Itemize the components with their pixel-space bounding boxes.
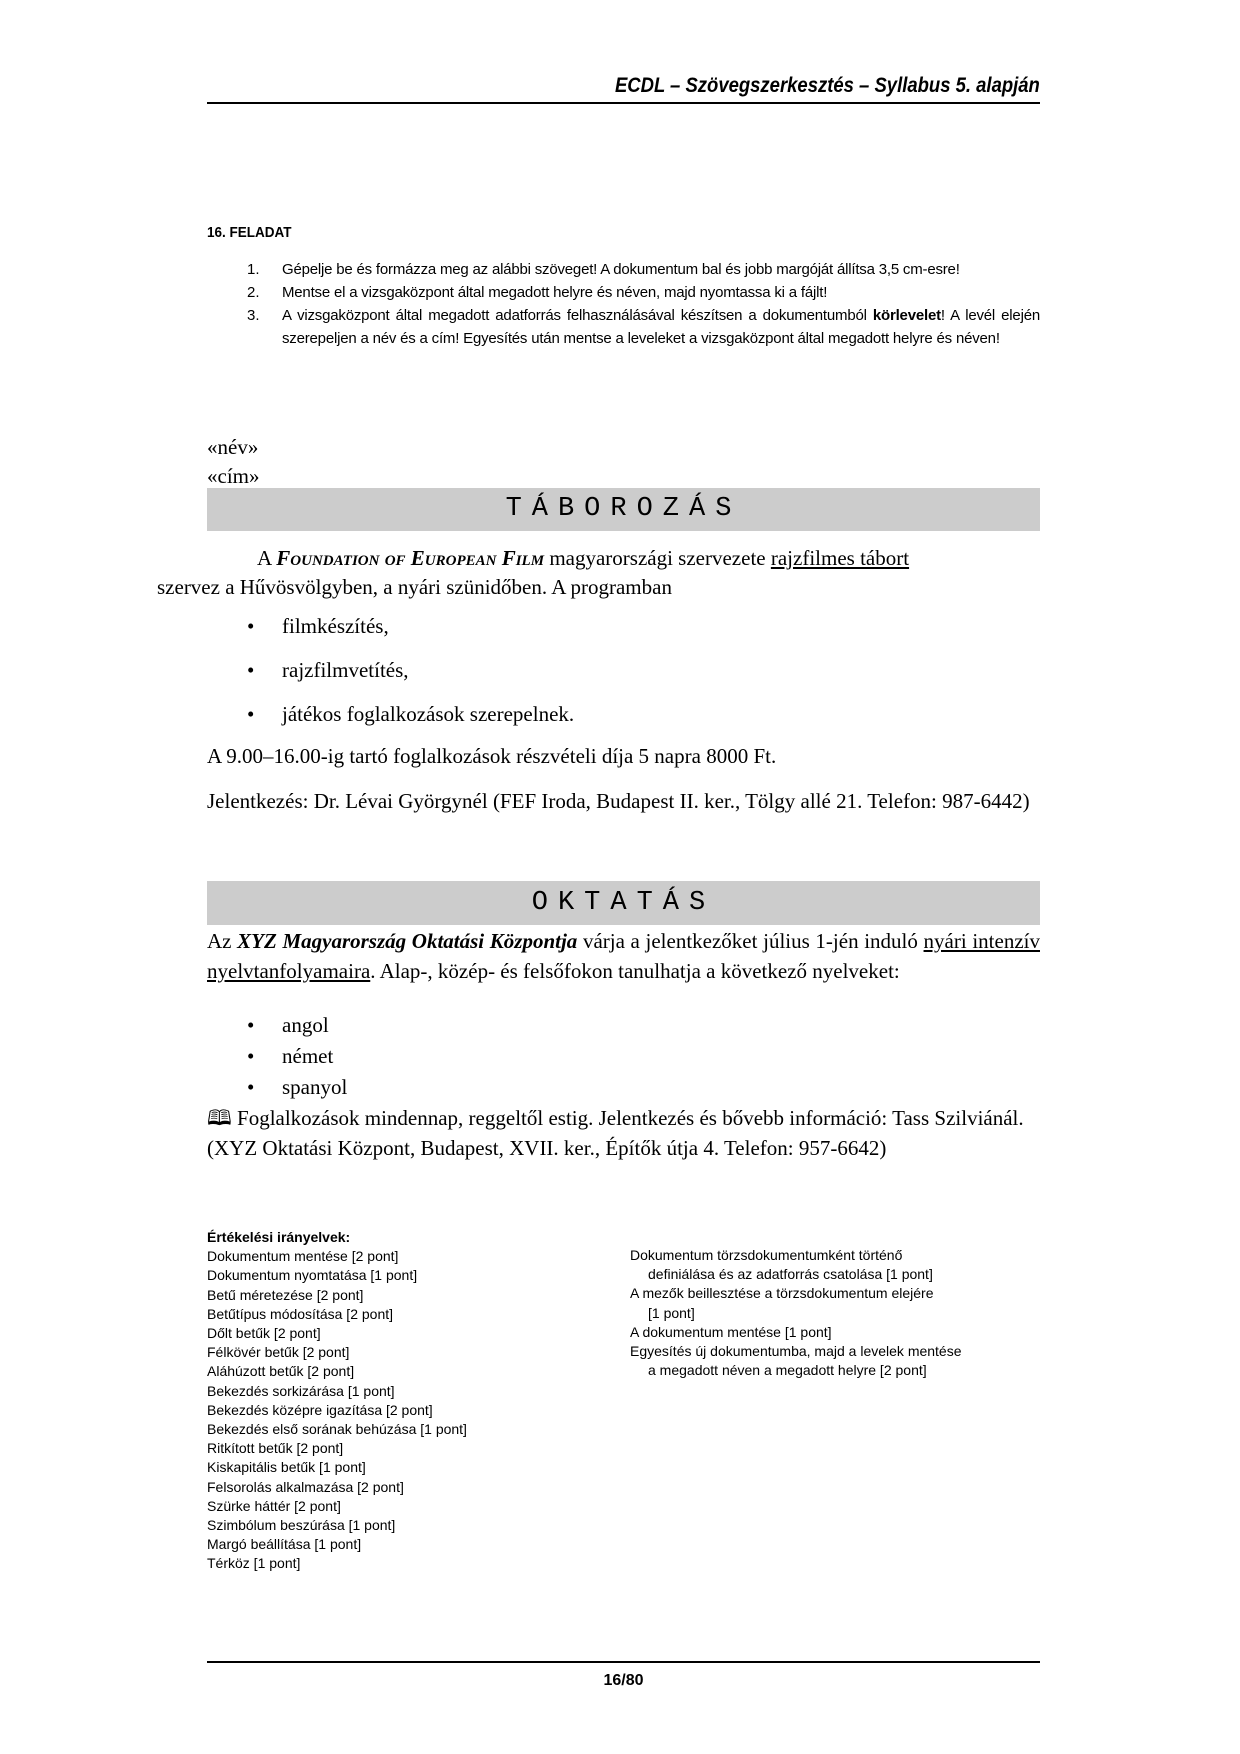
text: . Alap-, közép- és felsőfokon tanulhatja… [370,959,899,983]
step-number: 1. [247,258,282,281]
running-header: ECDL – Szövegszerkesztés – Syllabus 5. a… [615,74,1040,98]
task-step: 2. Mentse el a vizsgaközpont által megad… [247,281,1040,304]
evaluation-item: Dokumentum nyomtatása [1 pont] [207,1266,467,1285]
bullet-icon: • [247,702,282,746]
evaluation-item: Bekezdés sorkizárása [1 pont] [207,1382,467,1401]
task-step: 3. A vizsgaközpont által megadott adatfo… [247,304,1040,350]
footer-rule [207,1661,1040,1663]
task-step: 1. Gépelje be és formázza meg az alábbi … [247,258,1040,281]
text: magyarországi szervezete [544,546,771,570]
evaluation-item: Margó beállítása [1 pont] [207,1535,467,1554]
text: várja a jelentkezőket július 1-jén indul… [577,929,923,953]
bullet-icon: • [247,614,282,658]
bullet-icon: • [247,1013,282,1044]
org-name: XYZ Magyarország Oktatási Központja [237,929,577,953]
book-icon: 🕮 [207,1106,232,1130]
evaluation-item: Bekezdés első sorának behúzása [1 pont] [207,1420,467,1439]
section-heading-taborozas: TÁBOROZÁS [207,488,1040,531]
step-bold-word: körlevelet [873,307,941,324]
info-paragraph: 🕮 Foglalkozások mindennap, reggeltől est… [207,1103,1040,1163]
evaluation-item: Félkövér betűk [2 pont] [207,1343,467,1362]
section-heading-oktatas: OKTATÁS [207,881,1040,925]
list-item: •spanyol [247,1075,347,1106]
task-steps: 1. Gépelje be és formázza meg az alábbi … [247,258,1040,350]
text: A [257,546,276,570]
evaluation-right-column: Dokumentum törzsdokumentumként történőde… [630,1246,962,1380]
evaluation-item: Betűtípus módosítása [2 pont] [207,1305,467,1324]
evaluation-item: Bekezdés középre igazítása [2 pont] [207,1401,467,1420]
evaluation-item: Térköz [1 pont] [207,1554,467,1573]
evaluation-item: Dokumentum mentése [2 pont] [207,1247,467,1266]
step-number: 3. [247,304,282,350]
fee-paragraph: A 9.00–16.00-ig tartó foglalkozások rész… [207,744,776,769]
list-item-text: rajzfilmvetítés, [282,658,409,702]
text: Foglalkozások mindennap, reggeltől estig… [207,1106,1024,1160]
evaluation-title: Értékelési irányelvek: [207,1228,467,1247]
contact-paragraph: Jelentkezés: Dr. Lévai Györgynél (FEF Ir… [207,786,1040,816]
list-item: •német [247,1044,347,1075]
list-item-text: játékos foglalkozások szerepelnek. [282,702,574,746]
step-text-part: A vizsgaközpont által megadott adatforrá… [282,307,873,324]
evaluation-item: Szürke háttér [2 pont] [207,1497,467,1516]
evaluation-item-continuation: definiálása és az adatforrás csatolása [… [630,1265,962,1284]
evaluation-item: Ritkított betűk [2 pont] [207,1439,467,1458]
language-list: •angol •német •spanyol [247,1013,347,1106]
org-name: Foundation of European Film [276,546,544,570]
section2-intro: Az XYZ Magyarország Oktatási Központja v… [207,926,1040,986]
evaluation-item: Dokumentum törzsdokumentumként történő [630,1246,962,1265]
merge-field-address: «cím» [207,462,260,491]
page-number: 16/80 [207,1672,1040,1690]
bullet-icon: • [247,1044,282,1075]
document-page: ECDL – Szövegszerkesztés – Syllabus 5. a… [207,0,1040,1754]
section1-intro: A Foundation of European Film magyarorsz… [207,544,1040,602]
text: szervez a Hűvösvölgyben, a nyári szünidő… [157,575,672,599]
evaluation-item: Egyesítés új dokumentumba, majd a levele… [630,1342,962,1361]
evaluation-item-continuation: a megadott néven a megadott helyre [2 po… [630,1361,962,1380]
step-text: A vizsgaközpont által megadott adatforrá… [282,304,1040,350]
evaluation-item: Dőlt betűk [2 pont] [207,1324,467,1343]
bullet-icon: • [247,1075,282,1106]
list-item-text: angol [282,1013,329,1044]
merge-fields: «név» «cím» [207,433,260,491]
evaluation-list: Dokumentum mentése [2 pont]Dokumentum ny… [207,1247,467,1573]
list-item-text: német [282,1044,333,1075]
task-title: 16. FELADAT [207,224,292,241]
header-rule [207,102,1040,104]
step-text: Gépelje be és formázza meg az alábbi szö… [282,258,1040,281]
evaluation-item: Kiskapitális betűk [1 pont] [207,1458,467,1477]
evaluation-item-continuation: [1 pont] [630,1304,962,1323]
program-list: •filmkészítés, •rajzfilmvetítés, •játéko… [247,614,574,746]
list-item: •játékos foglalkozások szerepelnek. [247,702,574,746]
evaluation-item: Szimbólum beszúrása [1 pont] [207,1516,467,1535]
evaluation-item: Aláhúzott betűk [2 pont] [207,1362,467,1381]
bullet-icon: • [247,658,282,702]
evaluation-item: Felsorolás alkalmazása [2 pont] [207,1478,467,1497]
evaluation-item: A mezők beillesztése a törzsdokumentum e… [630,1284,962,1303]
text: Az [207,929,237,953]
evaluation-item: A dokumentum mentése [1 pont] [630,1323,962,1342]
list-item: •filmkészítés, [247,614,574,658]
list-item-text: filmkészítés, [282,614,389,658]
underlined-text: rajzfilmes tábort [771,546,909,570]
list-item-text: spanyol [282,1075,347,1106]
evaluation-left-column: Értékelési irányelvek: Dokumentum mentés… [207,1228,467,1574]
step-text: Mentse el a vizsgaközpont által megadott… [282,281,1040,304]
list-item: •angol [247,1013,347,1044]
step-number: 2. [247,281,282,304]
evaluation-item: Betű méretezése [2 pont] [207,1286,467,1305]
list-item: •rajzfilmvetítés, [247,658,574,702]
merge-field-name: «név» [207,433,260,462]
